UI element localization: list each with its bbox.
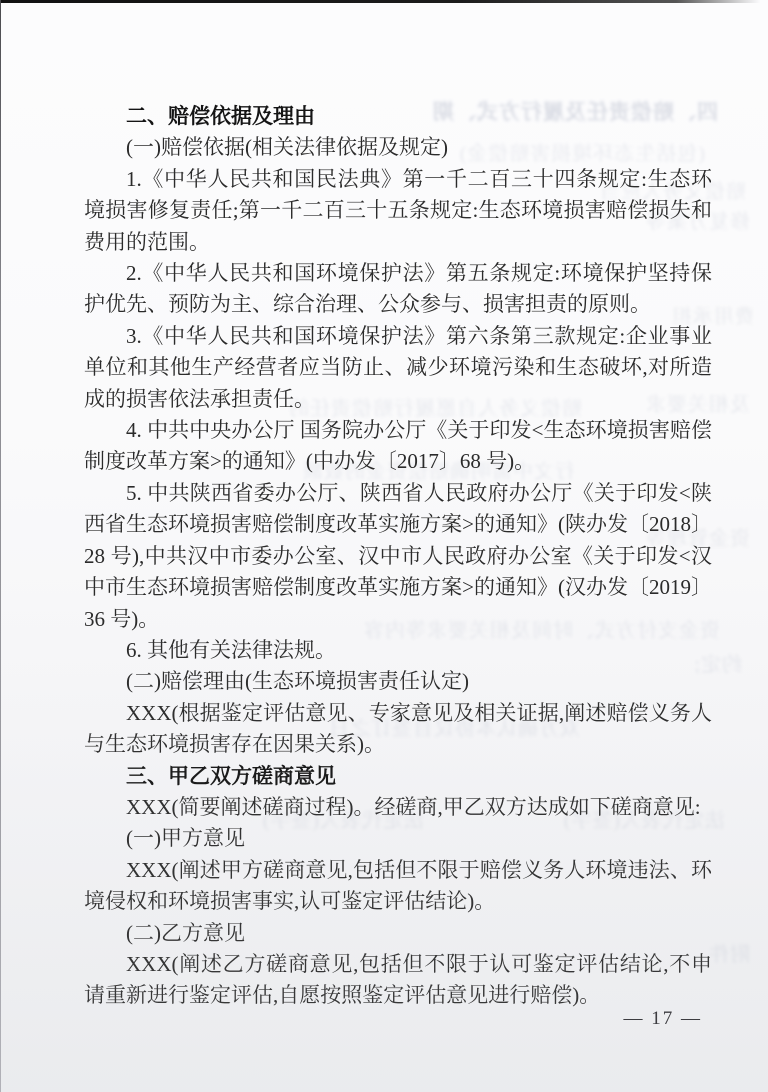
paragraph: 6. 其他有关法律法规。 xyxy=(84,635,712,666)
document-body: 二、赔偿依据及理由(一)赔偿依据(相关法律依据及规定)1.《中华人民共和国民法典… xyxy=(84,101,712,1012)
scan-left-edge-artifact xyxy=(0,0,1,1092)
paragraph: 3.《中华人民共和国环境保护法》第六条第三款规定:企业事业单位和其他生产经营者应… xyxy=(84,321,712,415)
paragraph: 1.《中华人民共和国民法典》第一千二百三十四条规定:生态环境损害修复责任;第一千… xyxy=(84,164,712,258)
paragraph: XXX(根据鉴定评估意见、专家意见及相关证据,阐述赔偿义务人与生态环境损害存在因… xyxy=(84,698,712,761)
paragraph: 5. 中共陕西省委办公厅、陕西省人民政府办公厅《关于印发<陕西省生态环境损害赔偿… xyxy=(84,478,712,635)
paragraph: XXX(阐述乙方磋商意见,包括但不限于认可鉴定评估结论,不申请重新进行鉴定评估,… xyxy=(84,949,712,1012)
paragraph: XXX(简要阐述磋商过程)。经磋商,甲乙双方达成如下磋商意见: xyxy=(84,792,712,823)
paragraph: (一)甲方意见 xyxy=(84,823,712,854)
paragraph: (一)赔偿依据(相关法律依据及规定) xyxy=(84,132,712,163)
section-heading: 三、甲乙双方磋商意见 xyxy=(84,761,712,792)
section-heading: 二、赔偿依据及理由 xyxy=(84,101,712,132)
paragraph: (二)赔偿理由(生态环境损害责任认定) xyxy=(84,666,712,697)
paragraph: XXX(阐述甲方磋商意见,包括但不限于赔偿义务人环境违法、环境侵权和环境损害事实… xyxy=(84,855,712,918)
scan-top-edge-artifact xyxy=(0,0,768,3)
page-number: — 17 — xyxy=(624,1008,703,1030)
paragraph: (二)乙方意见 xyxy=(84,918,712,949)
paragraph: 2.《中华人民共和国环境保护法》第五条规定:环境保护坚持保护优先、预防为主、综合… xyxy=(84,258,712,321)
paragraph: 4. 中共中央办公厅 国务院办公厅《关于印发<生态环境损害赔偿制度改革方案>的通… xyxy=(84,415,712,478)
scanned-document-page: { "page": { "number_label": "— 17 —" }, … xyxy=(0,0,768,1092)
